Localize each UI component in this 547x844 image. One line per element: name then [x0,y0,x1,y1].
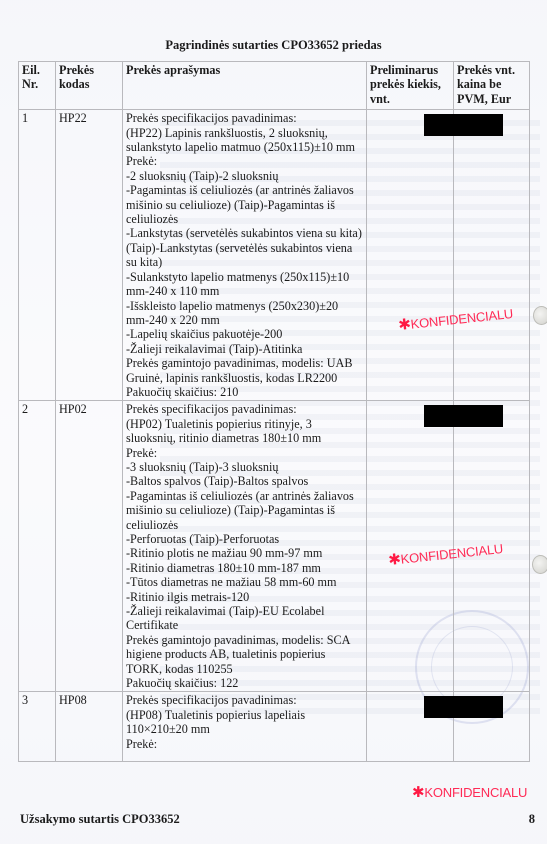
product-description: Prekės specifikacijos pavadinimas:(HP22)… [123,110,367,401]
preliminary-quantity [367,692,454,762]
description-line: -Ritinio plotis ne mažiau 90 mm-97 mm [126,546,363,560]
description-line: -Ritinio diametras 180±10 mm-187 mm [126,561,363,575]
product-code: HP02 [56,401,123,692]
document-page: Pagrindinės sutarties CPO33652 priedas E… [0,0,547,844]
row-number: 3 [19,692,56,762]
unit-price [454,692,530,762]
footer-contract-reference: Užsakymo sutartis CPO33652 [20,812,180,827]
description-line: Pakuočių skaičius: 122 [126,676,363,690]
description-line: -Perforuotas (Taip)-Perforuotas [126,532,363,546]
description-line: Pakuočių skaičius: 210 [126,385,363,399]
description-line: Prekė: [126,154,363,168]
header-row-number: Eil. Nr. [19,62,56,110]
description-line: Prekė: [126,737,363,751]
description-line: -3 sluoksnių (Taip)-3 sluoksnių [126,460,363,474]
description-line: -Pagamintas iš celiuliozės (ar antrinės … [126,183,363,226]
description-line: Prekės gamintojo pavadinimas, modelis: U… [126,356,363,385]
header-preliminary-quantity: Preliminarus prekės kiekis, vnt. [367,62,454,110]
header-unit-price: Prekės vnt. kaina be PVM, Eur [454,62,530,110]
product-code: HP08 [56,692,123,762]
document-title: Pagrindinės sutarties CPO33652 priedas [0,38,547,53]
product-code: HP22 [56,110,123,401]
description-line: -Pagamintas iš celiuliozės (ar antrinės … [126,489,363,532]
product-description: Prekės specifikacijos pavadinimas:(HP02)… [123,401,367,692]
description-line: Prekė: [126,446,363,460]
description-line: -Išskleisto lapelio matmenys (250x230)±2… [126,299,363,328]
header-product-description: Prekės aprašymas [123,62,367,110]
description-line: Prekės specifikacijos pavadinimas: [126,402,363,416]
table-header-row: Eil. Nr. Prekės kodas Prekės aprašymas P… [19,62,530,110]
description-line: Prekės specifikacijos pavadinimas: [126,111,363,125]
description-line: Prekės specifikacijos pavadinimas: [126,693,363,707]
description-line: -Ritinio ilgis metrais-120 [126,590,363,604]
row-number: 1 [19,110,56,401]
description-line: -Žalieji reikalavimai (Taip)-Atitinka [126,342,363,356]
description-line: Prekės gamintojo pavadinimas, modelis: S… [126,633,363,676]
description-line: -Lankstytas (servetėlės sukabintos viena… [126,226,363,269]
description-line: (HP08) Tualetinis popierius lapeliais 11… [126,708,363,737]
product-description: Prekės specifikacijos pavadinimas:(HP08)… [123,692,367,762]
row-number: 2 [19,401,56,692]
header-product-code: Prekės kodas [56,62,123,110]
unit-price [454,110,530,401]
page-number: 8 [529,812,535,827]
binder-hole [532,555,547,574]
description-line: -Sulankstyto lapelio matmenys (250x115)±… [126,270,363,299]
confidential-stamp: ✱KONFIDENCIALU [412,783,527,801]
table-row: 1HP22Prekės specifikacijos pavadinimas:(… [19,110,530,401]
description-line: -Tūtos diametras ne mažiau 58 mm-60 mm [126,575,363,589]
annex-table: Eil. Nr. Prekės kodas Prekės aprašymas P… [18,61,530,762]
description-line: (HP02) Tualetinis popierius ritinyje, 3 … [126,417,363,446]
preliminary-quantity [367,110,454,401]
description-line: -Žalieji reikalavimai (Taip)-EU Ecolabel… [126,604,363,633]
table-row: 3HP08Prekės specifikacijos pavadinimas:(… [19,692,530,762]
description-line: -Lapelių skaičius pakuotėje-200 [126,327,363,341]
description-line: -2 sluoksnių (Taip)-2 sluoksnių [126,169,363,183]
binder-hole [533,306,547,325]
description-line: -Baltos spalvos (Taip)-Baltos spalvos [126,474,363,488]
stamp-asterisk-icon: ✱ [412,784,424,801]
description-line: (HP22) Lapinis rankšluostis, 2 sluoksnių… [126,126,363,155]
